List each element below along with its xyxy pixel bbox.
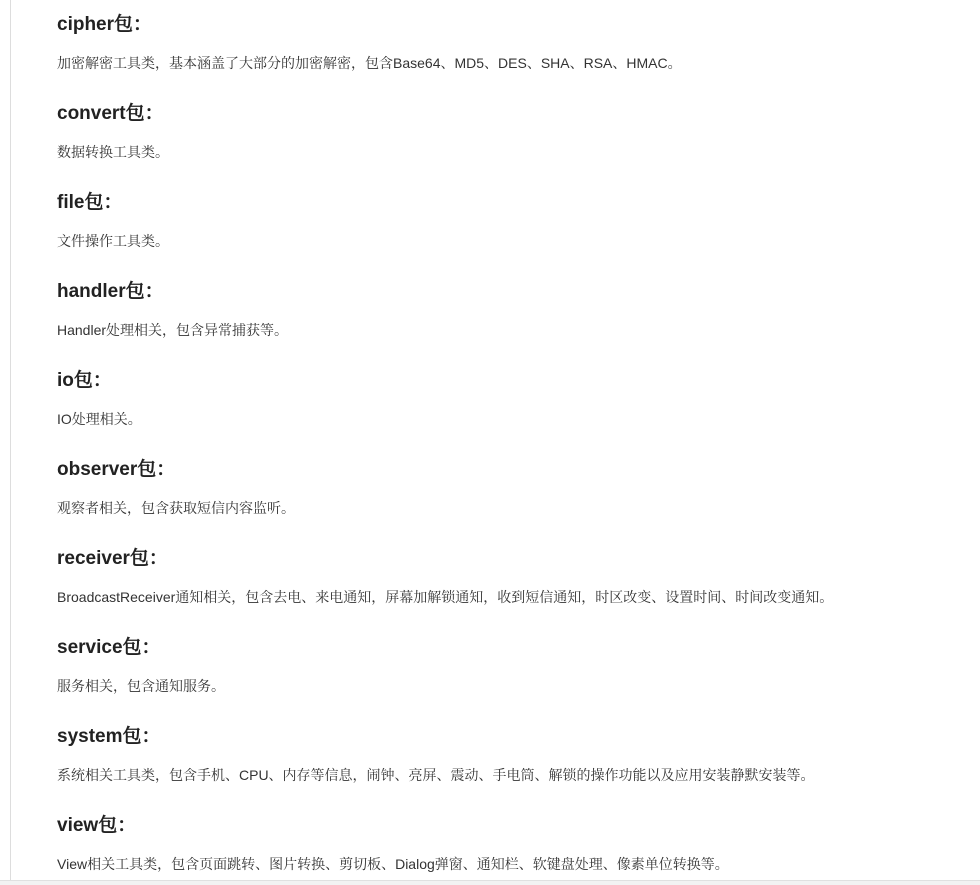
section-description: Handler处理相关，包含异常捕获等。	[57, 318, 288, 342]
section-service: service包： 服务相关，包含通知服务。	[57, 635, 225, 698]
section-description: BroadcastReceiver通知相关，包含去电、来电通知，屏幕加解锁通知，…	[57, 585, 833, 609]
section-description: 文件操作工具类。	[57, 229, 169, 253]
section-description: 系统相关工具类，包含手机、CPU、内存等信息，闹钟、亮屏、震动、手电筒、解锁的操…	[57, 763, 815, 787]
section-description: IO处理相关。	[57, 407, 142, 431]
section-convert: convert包： 数据转换工具类。	[57, 101, 169, 164]
section-heading: file包：	[57, 190, 169, 216]
section-receiver: receiver包： BroadcastReceiver通知相关，包含去电、来电…	[57, 546, 833, 609]
section-heading: cipher包：	[57, 12, 682, 38]
section-heading: system包：	[57, 724, 815, 750]
section-heading: receiver包：	[57, 546, 833, 572]
section-heading: observer包：	[57, 457, 295, 483]
section-heading: handler包：	[57, 279, 288, 305]
section-cipher: cipher包： 加密解密工具类，基本涵盖了大部分的加密解密，包含Base64、…	[57, 12, 682, 75]
section-description: 数据转换工具类。	[57, 140, 169, 164]
section-heading: io包：	[57, 368, 142, 394]
section-description: 加密解密工具类，基本涵盖了大部分的加密解密，包含Base64、MD5、DES、S…	[57, 51, 682, 75]
section-file: file包： 文件操作工具类。	[57, 190, 169, 253]
section-view: view包： View相关工具类，包含页面跳转、图片转换、剪切板、Dialog弹…	[57, 813, 729, 876]
document-body: cipher包： 加密解密工具类，基本涵盖了大部分的加密解密，包含Base64、…	[10, 0, 980, 880]
bottom-bar	[0, 880, 980, 885]
section-handler: handler包： Handler处理相关，包含异常捕获等。	[57, 279, 288, 342]
section-system: system包： 系统相关工具类，包含手机、CPU、内存等信息，闹钟、亮屏、震动…	[57, 724, 815, 787]
section-io: io包： IO处理相关。	[57, 368, 142, 431]
section-description: 观察者相关，包含获取短信内容监听。	[57, 496, 295, 520]
section-heading: convert包：	[57, 101, 169, 127]
section-observer: observer包： 观察者相关，包含获取短信内容监听。	[57, 457, 295, 520]
section-description: View相关工具类，包含页面跳转、图片转换、剪切板、Dialog弹窗、通知栏、软…	[57, 852, 729, 876]
section-heading: service包：	[57, 635, 225, 661]
section-description: 服务相关，包含通知服务。	[57, 674, 225, 698]
section-heading: view包：	[57, 813, 729, 839]
